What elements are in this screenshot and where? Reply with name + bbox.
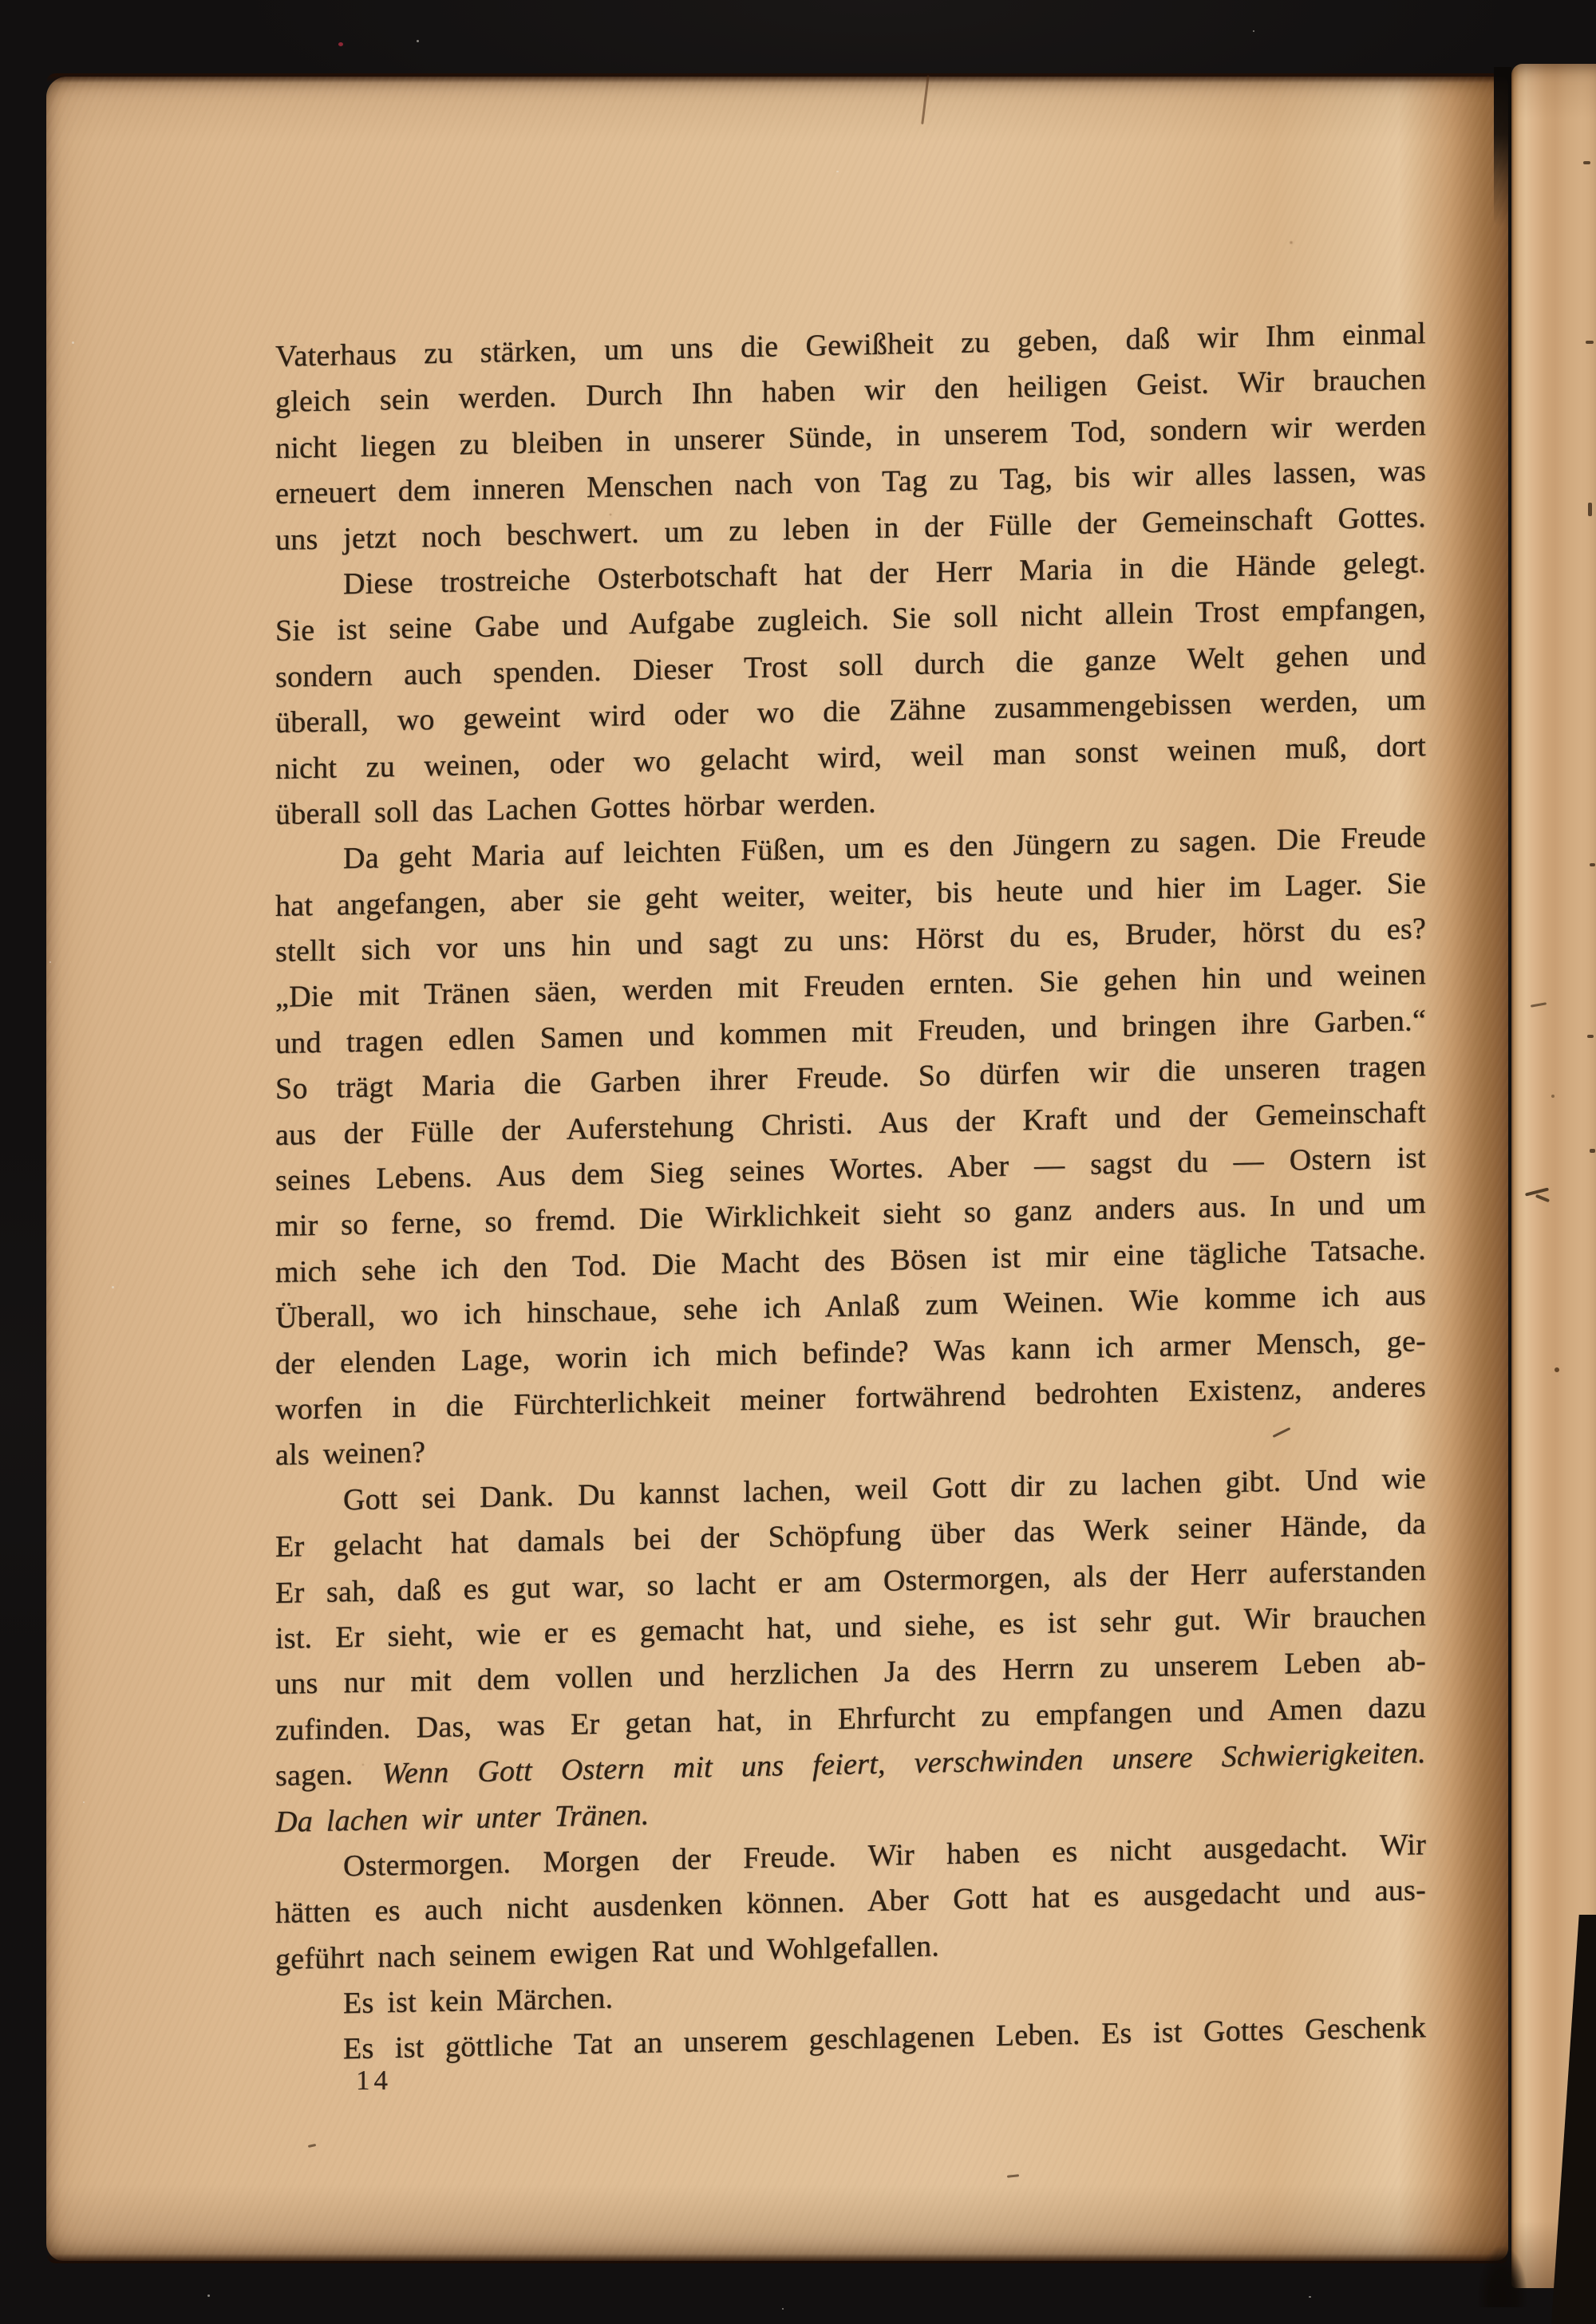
dust-speck — [112, 1286, 114, 1288]
dust-speck — [1309, 2296, 1311, 2298]
page-text: Vaterhaus zu stärken, um uns die Gewißhe… — [275, 311, 1426, 2074]
red-dot-mark — [338, 42, 343, 46]
dust-speck — [1253, 30, 1254, 32]
pencil-dash-mark — [308, 2144, 316, 2148]
italic-text-run: Da lachen wir unter Tränen. — [275, 1797, 650, 1838]
page-number: 14 — [356, 2065, 392, 2097]
text-run: Es ist kein Märchen. — [343, 1982, 613, 2021]
dust-speck — [49, 961, 51, 963]
gutter-shadow-top — [1494, 67, 1511, 227]
dust-speck — [72, 341, 74, 344]
scan-background: Vaterhaus zu stärken, um uns die Gewißhe… — [0, 0, 1596, 2324]
text-run: geführt nach seinem ewigen Rat und Wohlg… — [275, 1929, 939, 1976]
dust-speck — [836, 171, 839, 172]
dust-speck — [417, 40, 419, 42]
book-page: Vaterhaus zu stärken, um uns die Gewißhe… — [46, 77, 1508, 2261]
dust-speck — [83, 1801, 85, 1803]
text-run: als weinen? — [275, 1436, 425, 1473]
pencil-dash-mark — [1007, 2174, 1019, 2178]
text-run: sagen. — [275, 1757, 381, 1793]
gutter-shadow-bottom — [1476, 2204, 1534, 2307]
dust-speck — [207, 2294, 210, 2297]
text-run: überall soll das Lachen Gottes hörbar we… — [275, 786, 876, 831]
dust-speck — [782, 2308, 784, 2310]
